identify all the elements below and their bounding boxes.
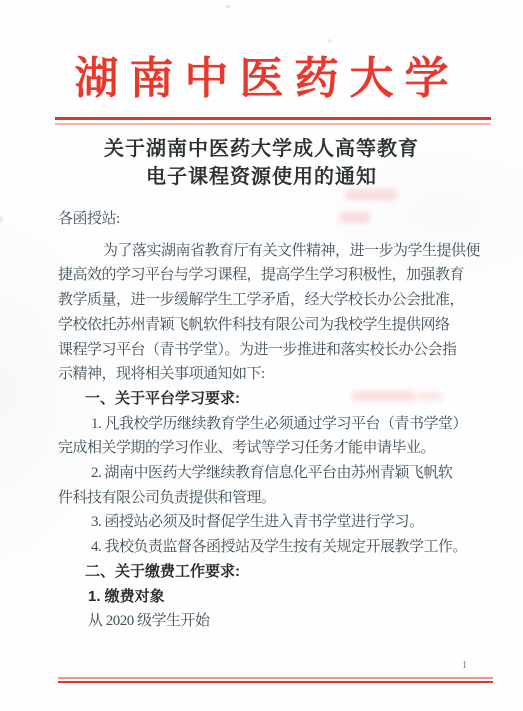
page-number: 1	[462, 660, 467, 671]
body-line: 1. 凡我校学历继续教育学生必须通过学习平台（青书学堂）	[58, 412, 470, 437]
scan-speck	[327, 39, 332, 43]
letterhead-rule	[55, 117, 491, 125]
body-line: 从 2020 级学生开始	[58, 609, 470, 634]
letterhead-university-name: 湖南中医药大学	[0, 53, 523, 105]
body-line: 示精神，现将相关事项通知如下:	[58, 362, 470, 387]
body-line: 教学质量，进一步缓解学生工学矛盾，经大学校长办公会批准，	[58, 288, 470, 313]
document-title-line2: 电子课程资源使用的通知	[0, 163, 523, 191]
body-line: 3. 函授站必须及时督促学生进入青书学堂进行学习。	[58, 510, 470, 535]
footer-rule-thick	[58, 681, 493, 683]
document-title-line1: 关于湖南中医药大学成人高等教育	[0, 135, 523, 163]
document-page: 湖南中医药大学 关于湖南中医药大学成人高等教育 电子课程资源使用的通知 各函授站…	[0, 0, 523, 711]
body-line: 为了落实湖南省教育厅有关文件精神，进一步为学生提供便	[58, 239, 470, 264]
letterhead-rule-thin	[55, 123, 491, 125]
body-line: 二、关于缴费工作要求:	[58, 560, 470, 585]
body-line: 一、关于平台学习要求:	[58, 387, 470, 412]
scan-speck	[0, 216, 3, 222]
body-lines: 为了落实湖南省教育厅有关文件精神，进一步为学生提供便捷高效的学习平台与学习课程，…	[58, 239, 470, 634]
document-title: 关于湖南中医药大学成人高等教育 电子课程资源使用的通知	[0, 135, 523, 191]
body-line: 2. 湖南中医药大学继续教育信息化平台由苏州青颖飞帆软	[58, 461, 470, 486]
body-line: 课程学习平台（青书学堂）。为进一步推进和落实校长办公会指	[58, 338, 470, 363]
body-line: 学校依托苏州青颖飞帆软件科技有限公司为我校学生提供网络	[58, 313, 470, 338]
letterhead-rule-thick	[55, 117, 491, 120]
footer-rule	[58, 677, 493, 683]
body-line: 捷高效的学习平台与学习课程，提高学生学习积极性，加强教育	[58, 263, 470, 288]
scan-speck	[226, 5, 230, 8]
body-line: 4. 我校负责监督各函授站及学生按有关规定开展教学工作。	[58, 535, 470, 560]
body-line: 件科技有限公司负责提供和管理。	[58, 486, 470, 511]
footer-rule-thin	[58, 677, 493, 679]
document-body: 各函授站: 为了落实湖南省教育厅有关文件精神，进一步为学生提供便捷高效的学习平台…	[58, 207, 470, 634]
salutation: 各函授站:	[58, 207, 470, 232]
body-line: 完成相关学期的学习作业、考试等学习任务才能申请毕业。	[58, 436, 470, 461]
body-line: 1. 缴费对象	[58, 585, 470, 610]
